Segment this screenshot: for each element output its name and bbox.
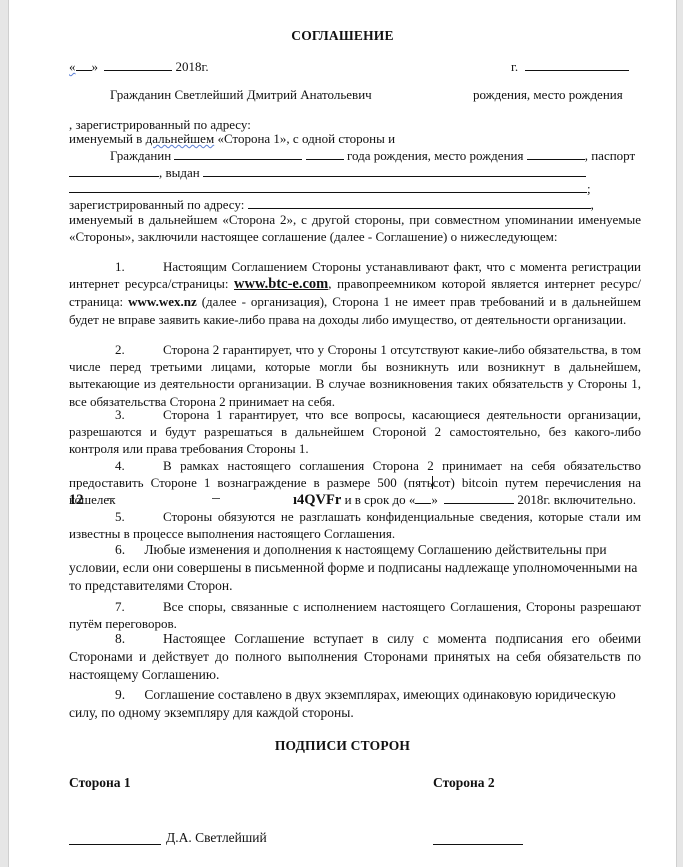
signatures-title: ПОДПИСИ СТОРОН xyxy=(9,738,676,754)
clause-1: 1.Настоящим Соглашением Стороны устанавл… xyxy=(69,258,641,328)
year: 2018г. xyxy=(176,59,209,74)
clause-4-deadline: ı4QVFr и в срок до «» 2018г. включительн… xyxy=(293,491,636,509)
deadline-day-blank[interactable] xyxy=(415,492,431,504)
party1-label: Сторона 1 xyxy=(69,774,131,791)
redaction-mark xyxy=(212,497,220,499)
day-blank[interactable] xyxy=(76,59,92,71)
document-title: СОГЛАШЕНИЕ xyxy=(9,28,676,44)
clause-3: 3.Сторона 1 гарантирует, что все вопросы… xyxy=(69,406,641,458)
city-line: г. xyxy=(511,58,629,75)
party1-birth: рождения, место рождения xyxy=(473,86,623,103)
clause-8: 8.Настоящее Соглашение вступает в силу с… xyxy=(69,630,641,684)
party2-line3: ; xyxy=(69,180,591,197)
party2-designation: именуемый в дальнейшем «Сторона 2», с др… xyxy=(69,211,641,228)
party1-name: Гражданин Светлейший Дмитрий Анатольевич xyxy=(110,86,372,103)
issued-by-blank-2[interactable] xyxy=(69,181,587,193)
party1-signature-line[interactable] xyxy=(69,843,161,845)
party2-signature-line[interactable] xyxy=(433,843,523,845)
clause-9: 9. Соглашение составлено в двух экземпля… xyxy=(69,686,641,722)
wallet-end: ı4QVFr xyxy=(293,492,341,508)
party1-designation: именуемый в дальнейшем «Сторона 1», с од… xyxy=(69,130,395,147)
party2-line2: , выдан xyxy=(69,164,586,181)
wex-link[interactable]: www.wex.nz xyxy=(128,294,197,309)
party2-name-blank[interactable] xyxy=(174,148,302,160)
deadline-month-blank[interactable] xyxy=(444,492,514,504)
clause-7: 7.Все споры, связанные с исполнением нас… xyxy=(69,598,641,632)
clause-5: 5.Стороны обязуются не разглашать конфид… xyxy=(69,508,641,542)
wallet-start: 12 xyxy=(69,492,84,508)
party2-line1: Гражданин года рождения, место рождения … xyxy=(110,147,635,164)
document-page: СОГЛАШЕНИЕ «» 2018г. г. Гражданин Светле… xyxy=(8,0,677,867)
redaction-mark xyxy=(107,497,115,499)
city-label: г. xyxy=(511,59,518,74)
date-line: «» 2018г. xyxy=(69,58,209,75)
party2-label: Сторона 2 xyxy=(433,774,495,791)
passport-blank[interactable] xyxy=(69,165,159,177)
clause-2: 2.Сторона 2 гарантирует, что у Стороны 1… xyxy=(69,341,641,410)
clause-4-wallet-line: 12 xyxy=(69,491,84,509)
party1-name-signature: Д.А. Светлейший xyxy=(166,829,267,846)
party2-birthplace-blank[interactable] xyxy=(527,148,585,160)
btc-e-link[interactable]: www.btc-e.com xyxy=(234,276,328,292)
clause-6: 6. Любые изменения и дополнения к настоя… xyxy=(69,541,641,595)
month-blank[interactable] xyxy=(104,59,172,71)
preamble-end: «Стороны», заключили настоящее соглашени… xyxy=(69,228,557,245)
party2-year-blank[interactable] xyxy=(306,148,344,160)
city-blank[interactable] xyxy=(525,59,629,71)
party2-address-blank[interactable] xyxy=(248,197,591,209)
issued-by-blank[interactable] xyxy=(203,165,586,177)
